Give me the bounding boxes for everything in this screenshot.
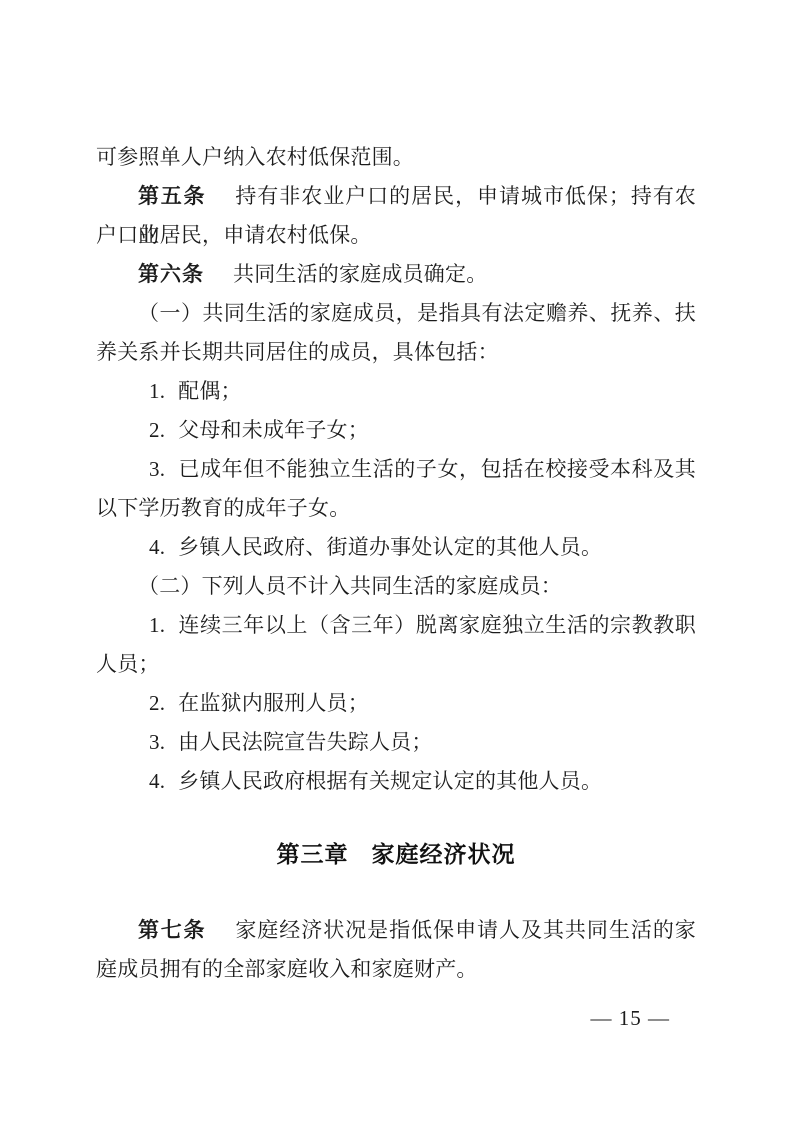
article-5-line-2: 户口的居民，申请农村低保。 [96, 216, 696, 255]
page-number: — 15 — [591, 1000, 671, 1036]
excluded-item-4-marker: 4. [149, 769, 165, 793]
excluded-item-3-text: 由人民法院宣告失踪人员； [178, 730, 432, 754]
article-7-lead: 第七条 [138, 919, 206, 942]
article-5-lead: 第五条 [138, 185, 206, 208]
list-item-2-marker: 2. [149, 418, 165, 442]
chapter-heading: 第三章家庭经济状况 [96, 835, 696, 874]
list-item-4-marker: 4. [149, 535, 165, 559]
excluded-item-4: 4.乡镇人民政府根据有关规定认定的其他人员。 [96, 762, 696, 801]
chapter-number: 第三章 [277, 841, 349, 867]
excluded-item-1-line-1: 1.连续三年以上（含三年）脱离家庭独立生活的宗教教职 [96, 606, 696, 645]
excluded-item-1-line-2: 人员； [96, 645, 696, 684]
excluded-item-2-marker: 2. [149, 691, 165, 715]
document-body: 可参照单人户纳入农村低保范围。 第五条持有非农业户口的居民，申请城市低保；持有农… [96, 138, 696, 989]
list-item-2-text: 父母和未成年子女； [178, 418, 369, 442]
excluded-item-4-text: 乡镇人民政府根据有关规定认定的其他人员。 [178, 769, 602, 793]
item-one-line-1: （一）共同生活的家庭成员，是指具有法定赡养、抚养、扶 [96, 294, 696, 333]
article-7-line-1: 第七条家庭经济状况是指低保申请人及其共同生活的家 [96, 911, 696, 950]
list-item-1-marker: 1. [149, 379, 165, 403]
excluded-item-3-marker: 3. [149, 730, 165, 754]
excluded-item-2: 2.在监狱内服刑人员； [96, 684, 696, 723]
excluded-item-3: 3.由人民法院宣告失踪人员； [96, 723, 696, 762]
article-6-text: 共同生活的家庭成员确定。 [233, 262, 487, 286]
list-item-3-text-1: 已成年但不能独立生活的子女，包括在校接受本科及其 [178, 457, 696, 481]
excluded-item-1-text-1: 连续三年以上（含三年）脱离家庭独立生活的宗教教职 [178, 613, 696, 637]
article-6-lead: 第六条 [138, 263, 204, 286]
article-7-text-1: 家庭经济状况是指低保申请人及其共同生活的家 [235, 918, 696, 942]
paragraph-continuation-line: 可参照单人户纳入农村低保范围。 [96, 138, 696, 177]
list-item-3-marker: 3. [149, 457, 165, 481]
list-item-1-text: 配偶； [178, 379, 242, 403]
list-item-1: 1.配偶； [96, 372, 696, 411]
list-item-2: 2.父母和未成年子女； [96, 411, 696, 450]
article-5-line-1: 第五条持有非农业户口的居民，申请城市低保；持有农业 [96, 177, 696, 216]
excluded-item-1-marker: 1. [149, 613, 165, 637]
list-item-3-line-1: 3.已成年但不能独立生活的子女，包括在校接受本科及其 [96, 450, 696, 489]
article-7-line-2: 庭成员拥有的全部家庭收入和家庭财产。 [96, 950, 696, 989]
excluded-item-2-text: 在监狱内服刑人员； [178, 691, 369, 715]
chapter-title: 家庭经济状况 [372, 841, 516, 867]
article-6-line-1: 第六条共同生活的家庭成员确定。 [96, 255, 696, 294]
item-one-line-2: 养关系并长期共同居住的成员，具体包括： [96, 333, 696, 372]
list-item-3-line-2: 以下学历教育的成年子女。 [96, 489, 696, 528]
list-item-4: 4.乡镇人民政府、街道办事处认定的其他人员。 [96, 528, 696, 567]
list-item-4-text: 乡镇人民政府、街道办事处认定的其他人员。 [178, 535, 602, 559]
item-two-line: （二）下列人员不计入共同生活的家庭成员： [96, 567, 696, 606]
